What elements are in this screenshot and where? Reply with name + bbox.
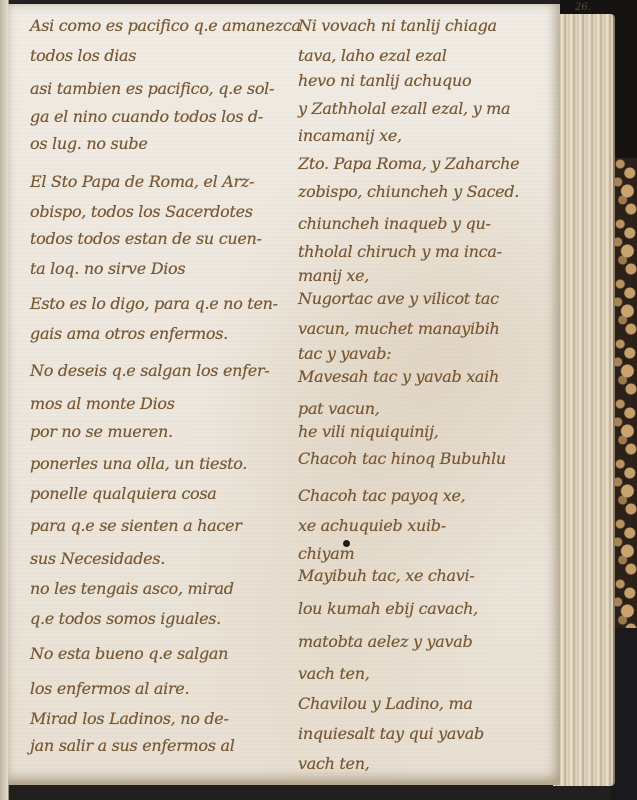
manuscript-line: ga el nino cuando todos los d- xyxy=(30,107,263,126)
manuscript-line: q.e todos somos iguales. xyxy=(30,609,221,628)
manuscript-line: Esto es lo digo, para q.e no ten- xyxy=(30,294,278,313)
page-number: 26. xyxy=(575,2,591,13)
manuscript-line: Chavilou y Ladino, ma xyxy=(298,694,473,713)
manuscript-line: hevo ni tanlij achuquo xyxy=(298,71,471,90)
book-photograph: Asi como es pacifico q.e amanezcatodos l… xyxy=(0,0,637,800)
manuscript-line: matobta aelez y yavab xyxy=(298,632,472,651)
manuscript-line: sus Necesidades. xyxy=(30,549,165,568)
manuscript-line: asi tambien es pacifico, q.e sol- xyxy=(30,79,274,98)
manuscript-line: os lug. no sube xyxy=(30,134,148,153)
manuscript-line: vacun, muchet manayibih xyxy=(298,319,500,338)
manuscript-line: todos los dias xyxy=(30,46,136,65)
manuscript-line: he vili niquiquinij, xyxy=(298,422,439,441)
manuscript-line: Mayibuh tac, xe chavi- xyxy=(298,566,474,585)
manuscript-line: lou kumah ebij cavach, xyxy=(298,599,478,618)
manuscript-line: los enfermos al aire. xyxy=(30,679,189,698)
manuscript-line: Asi como es pacifico q.e amanezca xyxy=(30,16,301,35)
manuscript-line: chiuncheh inaqueb y qu- xyxy=(298,214,491,233)
manuscript-line: Chacoh tac hinoq Bubuhlu xyxy=(298,449,506,468)
manuscript-line: Mavesah tac y yavab xaih xyxy=(298,367,499,386)
manuscript-line: vach ten, xyxy=(298,754,370,773)
manuscript-page: Asi como es pacifico q.e amanezcatodos l… xyxy=(8,4,560,785)
manuscript-line: y Zathholal ezall ezal, y ma xyxy=(298,99,510,118)
ink-blot xyxy=(343,540,350,547)
manuscript-line: por no se mueren. xyxy=(30,422,173,441)
manuscript-line: mos al monte Dios xyxy=(30,394,175,413)
manuscript-line: vach ten, xyxy=(298,664,370,683)
manuscript-line: tava, laho ezal ezal xyxy=(298,46,447,65)
manuscript-line: No esta bueno q.e salgan xyxy=(30,644,228,663)
manuscript-line: para q.e se sienten a hacer xyxy=(30,516,242,535)
manuscript-line: obispo, todos los Sacerdotes xyxy=(30,202,253,221)
manuscript-line: ta loq. no sirve Dios xyxy=(30,259,185,278)
manuscript-line: jan salir a sus enfermos al xyxy=(30,736,235,755)
manuscript-line: ponerles una olla, un tiesto. xyxy=(30,454,247,473)
manuscript-line: zobispo, chiuncheh y Saced. xyxy=(298,182,519,201)
manuscript-line: inquiesalt tay qui yavab xyxy=(298,724,484,743)
manuscript-line: manij xe, xyxy=(298,266,369,285)
marbled-cover-edge xyxy=(613,158,637,628)
manuscript-line: ponelle qualquiera cosa xyxy=(30,484,217,503)
manuscript-line: Zto. Papa Roma, y Zaharche xyxy=(298,154,519,173)
manuscript-line: incamanij xe, xyxy=(298,126,402,145)
manuscript-line: No deseis q.e salgan los enfer- xyxy=(30,361,269,380)
manuscript-line: Mirad los Ladinos, no de- xyxy=(30,709,229,728)
page-stack-fore-edge xyxy=(553,14,615,786)
manuscript-line: thholal chiruch y ma inca- xyxy=(298,242,502,261)
manuscript-line: todos todos estan de su cuen- xyxy=(30,229,262,248)
manuscript-line: no les tengais asco, mirad xyxy=(30,579,234,598)
manuscript-line: Chacoh tac payoq xe, xyxy=(298,486,465,505)
manuscript-line: Nugortac ave y vilicot tac xyxy=(298,289,499,308)
manuscript-line: gais ama otros enfermos. xyxy=(30,324,228,343)
manuscript-line: El Sto Papa de Roma, el Arz- xyxy=(30,172,254,191)
manuscript-line: pat vacun, xyxy=(298,399,380,418)
manuscript-line: tac y yavab: xyxy=(298,344,391,363)
manuscript-line: xe achuquieb xuib- xyxy=(298,516,446,535)
manuscript-line: Ni vovach ni tanlij chiaga xyxy=(298,16,497,35)
